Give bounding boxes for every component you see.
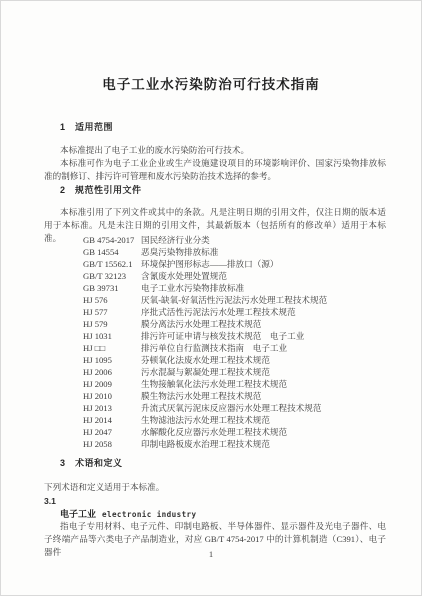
reference-item: GB 14554恶臭污染物排放标准 [44,246,386,258]
page-number: 1 [1,549,421,559]
reference-code: HJ 1095 [83,354,141,366]
reference-title: 电子工业水污染物排放标准 [141,282,244,294]
reference-code: HJ 2058 [83,438,141,450]
reference-code: HJ 2047 [83,426,141,438]
reference-item: HJ 2047水解酸化反应器污水处理工程技术规范 [44,426,386,438]
section-3-heading: 3 术语和定义 [44,458,402,468]
reference-title: 含氰废水处理处置规范 [141,270,227,282]
term-name-english: electronic industry [102,510,196,519]
reference-code: GB/T 15562.1 [83,258,141,270]
reference-title: 国民经济行业分类 [141,234,210,246]
section-3-intro-paragraph: 下列术语和定义适用于本标准。 [44,481,386,494]
reference-title: 水解酸化反应器污水处理工程技术规范 [141,426,287,438]
reference-item: HJ 1031排污许可证申请与核发技术规范 电子工业 [44,330,386,342]
reference-title: 排污单位自行监测技术指南 电子工业 [141,342,287,354]
reference-code: GB/T 32123 [83,270,141,282]
reference-title: 排污许可证申请与核发技术规范 电子工业 [141,330,304,342]
document-title: 电子工业水污染防治可行技术指南 [1,73,421,93]
term-line: 电子工业electronic industry [44,509,402,520]
term-name-chinese: 电子工业 [60,509,96,519]
reference-item: HJ 1095芬顿氧化法废水处理工程技术规范 [44,354,386,366]
reference-code: HJ 2009 [83,378,141,390]
reference-code: GB 4754-2017 [83,234,141,246]
reference-item: GB/T 32123含氰废水处理处置规范 [44,270,386,282]
reference-code: HJ 1031 [83,330,141,342]
term-number: 3.1 [44,496,386,506]
reference-code: HJ □□ [83,342,141,354]
reference-title: 环境保护图形标志——排放口（源） [141,258,279,270]
reference-title: 生物滤池法污水处理工程技术规范 [141,414,270,426]
reference-title: 污水混凝与絮凝处理工程技术规范 [141,366,270,378]
reference-code: HJ 2014 [83,414,141,426]
reference-item: HJ 2009生物接触氧化法污水处理工程技术规范 [44,378,386,390]
reference-code: GB 14554 [83,246,141,258]
section-2-heading: 2 规范性引用文件 [44,185,402,195]
reference-code: HJ 2013 [83,402,141,414]
reference-code: HJ 2006 [83,366,141,378]
reference-item: HJ 576厌氧-缺氧-好氧活性污泥法污水处理工程技术规范 [44,294,386,306]
reference-code: HJ 2010 [83,390,141,402]
reference-code: HJ 579 [83,318,141,330]
reference-code: HJ 576 [83,294,141,306]
reference-item: HJ 579膜分离法污水处理工程技术规范 [44,318,386,330]
document-page: 电子工业水污染防治可行技术指南 1 适用范围 本标准提出了电子工业的废水污染防治… [0,0,422,596]
reference-title: 生物接触氧化法污水处理工程技术规范 [141,378,287,390]
reference-item: GB 39731电子工业水污染物排放标准 [44,282,386,294]
reference-item: HJ 2013升流式厌氧污泥床反应器污水处理工程技术规范 [44,402,386,414]
reference-item: GB 4754-2017国民经济行业分类 [44,234,386,246]
reference-title: 芬顿氧化法废水处理工程技术规范 [141,354,270,366]
reference-title: 膜分离法污水处理工程技术规范 [141,318,261,330]
section-3-intro: 下列术语和定义适用于本标准。 [44,481,386,494]
section-1-paragraph-2: 本标准可作为电子工业企业或生产设施建设项目的环境影响评价、国家污染物排放标准的制… [44,157,386,183]
reference-item: HJ □□排污单位自行监测技术指南 电子工业 [44,342,386,354]
reference-list: GB 4754-2017国民经济行业分类GB 14554恶臭污染物排放标准GB/… [44,234,386,450]
reference-code: HJ 577 [83,306,141,318]
reference-title: 厌氧-缺氧-好氧活性污泥法污水处理工程技术规范 [141,294,327,306]
reference-title: 序批式活性污泥法污水处理工程技术规范 [141,306,296,318]
reference-title: 升流式厌氧污泥床反应器污水处理工程技术规范 [141,402,321,414]
reference-item: HJ 2006污水混凝与絮凝处理工程技术规范 [44,366,386,378]
reference-title: 膜生物法污水处理工程技术规范 [141,390,261,402]
reference-item: HJ 2058印制电路板废水治理工程技术规范 [44,438,386,450]
reference-item: HJ 2014生物滤池法污水处理工程技术规范 [44,414,386,426]
section-1-heading: 1 适用范围 [44,122,402,132]
reference-title: 恶臭污染物排放标准 [141,246,218,258]
reference-item: HJ 2010膜生物法污水处理工程技术规范 [44,390,386,402]
reference-item: GB/T 15562.1环境保护图形标志——排放口（源） [44,258,386,270]
section-1-paragraph-1: 本标准提出了电子工业的废水污染防治可行技术。 [44,144,386,157]
section-1-body: 本标准提出了电子工业的废水污染防治可行技术。 本标准可作为电子工业企业或生产设施… [44,144,386,183]
reference-title: 印制电路板废水治理工程技术规范 [141,438,270,450]
reference-item: HJ 577序批式活性污泥法污水处理工程技术规范 [44,306,386,318]
reference-code: GB 39731 [83,282,141,294]
